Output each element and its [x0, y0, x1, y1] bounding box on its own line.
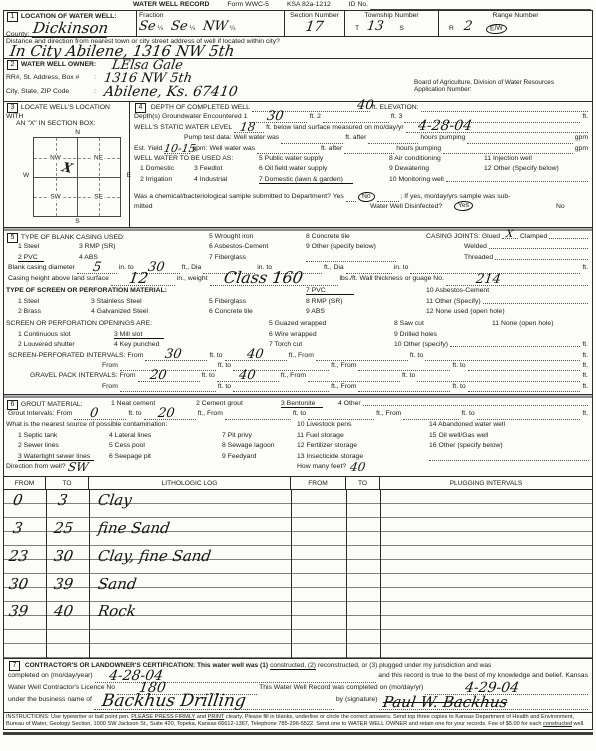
gpi-from2-blank: [308, 380, 400, 382]
contam-15: 15 Oil well/Gas well: [429, 432, 488, 439]
depth-label: DEPTH OF COMPLETED WELL: [151, 104, 250, 111]
gpi2-to-blank: [233, 390, 329, 392]
section2-number: 2: [7, 60, 18, 70]
fraction-2: Se: [170, 19, 189, 34]
use-12: 12 Other (Specify below): [484, 165, 559, 172]
cardinal-e: E: [127, 172, 131, 179]
casing-5: 5 Wrought iron: [209, 233, 253, 240]
cert-constructed-underlined: constructed, (2): [270, 662, 316, 670]
welded-label: Welded: [464, 243, 487, 250]
cert-text-2b: and this record is true to the best of m…: [378, 672, 588, 679]
groundwater-label: Depth(s) Groundwater Encountered: [134, 113, 242, 120]
bcd-ft-end: ft.: [582, 264, 588, 271]
locate-title-2: AN "X" IN SECTION BOX:: [16, 120, 96, 127]
lith-from: 3: [12, 521, 24, 536]
spi-ftto2: ft. to: [410, 352, 423, 359]
lith-from: 23: [8, 549, 29, 564]
casing-height-value: 12: [128, 269, 150, 287]
county-cell: 1LOCATION OF WATER WELL: County: Dickins…: [4, 11, 136, 36]
gi-from3-blank: [403, 418, 459, 420]
screen-3: 3 Stainless Steel: [91, 298, 142, 305]
form-number: Form WWC-5: [227, 1, 269, 8]
cert-completed-blank: 4-28-04: [95, 681, 377, 683]
casing-joints-label: CASING JOINTS: Glued: [426, 233, 500, 240]
pump-test-label: Pump test data:: [184, 134, 232, 141]
yield-www: Well water was: [209, 145, 255, 152]
elevation-label: ELEVATION:: [380, 104, 419, 111]
contam-16: 16 Other (specify below): [429, 442, 503, 449]
screen-title: TYPE OF SCREEN OR PERFORATION MATERIAL:: [6, 287, 167, 294]
gw1-value: 30: [266, 109, 285, 124]
bcd-value: 5: [92, 260, 102, 275]
section-grout: 6GROUT MATERIAL: 1 Neat cement 2 Cement …: [3, 394, 593, 477]
column-divider: [89, 490, 90, 658]
section7-number: 7: [9, 661, 20, 671]
use-11: 11 Injection well: [484, 155, 532, 162]
section-casing: 5TYPE OF BLANK CASING USED: 5 Wrought ir…: [3, 227, 593, 395]
threaded-blank: [495, 258, 588, 260]
col-to-2: TO: [346, 477, 380, 489]
disinfected-no: No: [556, 203, 565, 210]
casing-title: TYPE OF BLANK CASING USED:: [21, 234, 125, 241]
sample-blank-1: [346, 200, 356, 202]
lith-to: 3: [57, 493, 69, 508]
section-owner: 2WATER WELL OWNER: LElsa Gale RR#, St. A…: [3, 58, 593, 102]
yield-gpm-label: gpm: [575, 145, 588, 152]
cert-signature-blank: Paul W. Backhus: [379, 708, 588, 710]
range-label: Range Number: [441, 12, 590, 19]
diagram-dashed-line: [99, 138, 100, 216]
spi2-from-blank: [120, 369, 216, 371]
gpi2-ft-end: ft.: [582, 383, 588, 390]
grout-4-group: 4 Other: [338, 400, 588, 407]
section-well-details: 4 DEPTH OF COMPLETED WELL 40 ft. ELEVATI…: [130, 102, 592, 227]
lith-log: Clay: [97, 493, 133, 508]
column-divider: [380, 490, 381, 658]
screen-10: 10 Asbestos-Cement: [426, 287, 489, 294]
col-plugging-intervals: PLUGGING INTERVALS: [380, 477, 592, 489]
contam-other-blank: [429, 459, 589, 461]
diagram-center-horizontal: [34, 177, 120, 178]
grout-4-blank: [363, 404, 588, 406]
gi-to2-blank: [308, 418, 374, 420]
gpi-from-label: From: [120, 372, 136, 379]
gpi2-ftto2: ft. to: [452, 383, 465, 390]
spi-ftto: ft. to: [209, 352, 222, 359]
section4-number: 4: [135, 103, 146, 113]
section5-number: 5: [7, 233, 18, 243]
screen-5: 5 Fiberglass: [209, 298, 246, 305]
section-certification: 7 CONTRACTOR'S OR LANDOWNER'S CERTIFICAT…: [3, 658, 593, 730]
township-t: T: [355, 25, 359, 32]
opening-3-selected: 3 Mill slot: [114, 331, 164, 339]
owner-city-label: City, State, ZIP Code: [6, 88, 69, 95]
cert-business-value: Backhus Drilling: [100, 691, 247, 711]
gw2-blank: [323, 121, 389, 123]
gpi-from-blank: 20: [138, 380, 200, 382]
range-value: 2: [463, 19, 473, 34]
opening-10: 10 Other (specify): [394, 341, 448, 348]
opening-8: 8 Saw cut: [394, 320, 424, 327]
gi-to-blank: 20: [144, 418, 196, 420]
lithologic-table-body: 0 3 Clay 3 25 fine Sand 23 30 Clay, fine…: [4, 490, 592, 658]
yield-after: ft. after: [321, 145, 342, 152]
screen-7-selected: 7 PVC: [306, 287, 354, 295]
owner-address-label: RR#, St. Address, Box #: [6, 74, 79, 81]
weight-blank: Class 160: [210, 284, 338, 286]
opening-4: 4 Key punched: [114, 341, 159, 348]
cardinal-s: S: [75, 218, 79, 225]
casing-7: 7 Fiberglass: [209, 254, 246, 261]
gi-ftto3: ft. to: [461, 410, 474, 417]
use-4: 4 Industrial: [194, 176, 227, 183]
clamped-label: Clamped: [520, 233, 547, 240]
use-label: WELL WATER TO BE USED AS:: [134, 155, 233, 162]
pump-after: ft. after: [345, 134, 366, 141]
spi-ftfrom: ft., From: [289, 352, 314, 359]
pump-gpm-label: gpm: [575, 134, 588, 141]
contam-12: 12 Fertilizer storage: [297, 442, 357, 449]
contam-2: 2 Sewer lines: [18, 442, 59, 449]
diagram-dashed-line: [34, 197, 120, 198]
gpi2-from-label: From: [102, 383, 118, 390]
col-to-1: TO: [46, 477, 89, 489]
township-s: S: [399, 25, 404, 32]
screen-12: 12 None used (open hole): [426, 308, 505, 315]
section-number-value: 17: [286, 19, 343, 35]
yield-level-blank: [257, 152, 319, 154]
static-level-value: 18: [239, 120, 256, 134]
screen-11-group: 11 Other (Specify): [426, 298, 588, 305]
openings-title: SCREEN OR PERFORATION OPENINGS ARE:: [6, 320, 152, 327]
bcd-to-value: 30: [147, 260, 166, 275]
welded-group: Welded: [464, 243, 588, 250]
owner-city-value: Abilene, Ks. 67410: [103, 84, 239, 100]
lith-from: 39: [8, 604, 29, 619]
casing-6: 6 Asbestos-Cement: [209, 243, 268, 250]
board-text: Board of Agriculture, Division of Water …: [414, 79, 554, 86]
quadrant-se: SE: [92, 193, 105, 200]
contamination-label: What is the nearest source of possible c…: [6, 421, 167, 428]
fraction-cell: Fraction Se ¼ Se ¼ NW ¼: [136, 11, 284, 36]
township-value: 13: [366, 19, 385, 34]
pump-gpm-blank: [467, 142, 572, 144]
wall-label: lbs./ft. Wall thickness or guage No.: [340, 275, 444, 282]
yield-blank: 10-15: [164, 152, 190, 154]
grout-1: 1 Neat cement: [111, 400, 155, 407]
contam-14: 14 Abandoned water well: [429, 421, 505, 428]
gi-ftto: ft. to: [128, 410, 141, 417]
bcd-ftdia2: ft., Dia: [324, 264, 344, 271]
instructions-print: PRINT: [208, 714, 225, 720]
use-1: 1 Domestic: [140, 165, 174, 172]
wall-value: 214: [475, 272, 502, 287]
static-level-mid: ft. below land surface measured on mo/da…: [266, 124, 404, 131]
use-2: 2 Irrigation: [140, 176, 172, 183]
location-row: 1LOCATION OF WATER WELL: County: Dickins…: [4, 11, 592, 36]
contam-9: 9 Feedyard: [222, 453, 256, 460]
use-10-group: 10 Monitoring well: [389, 176, 588, 183]
lithologic-table: FROM TO LITHOLOGIC LOG FROM TO PLUGGING …: [3, 476, 593, 659]
blank-casing-diameter-label: Blank casing diameter: [8, 264, 75, 271]
grout-4: 4 Other: [338, 400, 361, 407]
use-10: 10 Monitoring well: [389, 176, 444, 183]
grout-2: 2 Cement grout: [196, 400, 243, 407]
screen-9: 9 ABS: [306, 308, 325, 315]
col-from-2: FROM: [291, 477, 346, 489]
spi-to2-blank: [425, 359, 580, 361]
contam-13: 13 Insecticide storage: [297, 453, 363, 460]
lith-log: fine Sand: [97, 521, 171, 536]
distance-row: Distance and direction from nearest town…: [4, 36, 592, 58]
quadrant-ne: NE: [92, 154, 105, 161]
use-9: 9 Dewatering: [389, 165, 429, 172]
cert-business-label: under the business name of: [8, 696, 92, 703]
sample-blank-2: [377, 200, 399, 202]
instructions-and: and: [197, 714, 206, 720]
fraction-label: Fraction: [139, 12, 164, 19]
range-r: R: [449, 25, 454, 32]
cert-record-label: This Water Well Record was completed on …: [259, 684, 423, 691]
owner-city-colon: :: [94, 88, 96, 95]
sample-rest: ; If yes, mo/day/yrs sample was sub-: [401, 193, 511, 200]
opening-10-unit: ft.: [582, 341, 588, 348]
yield-hours-blank: [344, 152, 394, 154]
instructions-text-1c: clearly. Please fill in blanks, underlin…: [226, 714, 529, 720]
contam-6: 6 Seepage pit: [109, 453, 151, 460]
dia3-into: in. to: [394, 264, 409, 271]
diagram-dashed-line: [34, 158, 120, 159]
spi-to-value: 40: [246, 347, 265, 362]
spi2-to2-blank: [468, 369, 581, 371]
cert-signature-label: by (signature): [336, 696, 378, 703]
column-divider: [46, 490, 47, 658]
sample-mitted: mitted: [134, 203, 153, 210]
cardinal-n: N: [75, 129, 80, 136]
gpi-label: GRAVEL PACK INTERVALS:: [30, 372, 118, 379]
lith-log: Clay, fine Sand: [97, 549, 212, 564]
owner-left: 2WATER WELL OWNER: LElsa Gale RR#, St. A…: [4, 59, 414, 101]
section-3-4-row: 3LOCATE WELL'S LOCATION WITH AN "X" IN S…: [3, 101, 593, 228]
lith-log: Sand: [97, 577, 138, 592]
pump-hours-label: hours pumping: [420, 134, 465, 141]
bcd-ftdia1: ft., Dia: [182, 264, 202, 271]
gw2-unit: ft.: [391, 113, 397, 120]
yield-value: 10-15: [163, 142, 197, 155]
disinfected-label: Water Well Disinfected?: [370, 203, 442, 210]
lith-from: 0: [12, 493, 24, 508]
spi-label: SCREEN-PERFORATED INTERVALS:: [8, 352, 125, 359]
spi2-ftto: ft. to: [218, 362, 231, 369]
gw3-label: 3: [399, 113, 403, 120]
gpi-ftfrom: ft., From: [281, 372, 306, 379]
gi-ftto2: ft. to: [293, 410, 306, 417]
gi-from2-blank: [225, 418, 291, 420]
gpi-to-blank: 40: [217, 380, 279, 382]
fraction-1: Se: [138, 19, 157, 34]
gi-from-label: From: [56, 410, 72, 417]
instructions-constructed: constructed: [543, 721, 572, 727]
bottom-rule: [3, 732, 593, 735]
spi-from-blank: 30: [145, 359, 207, 361]
cert-signature-value: Paul W. Backhus: [382, 693, 509, 711]
disinfected-yes-circled: Yes: [454, 200, 474, 211]
elevation-blank: [421, 110, 588, 112]
spi2-ft-end: ft.: [582, 362, 588, 369]
column-divider: [291, 490, 292, 658]
casing-2-selected: 2 PVC: [18, 254, 44, 262]
quarter-3: ¼: [230, 25, 236, 32]
gw1-unit: ft.: [309, 113, 315, 120]
section-number-cell: Section Number 17: [284, 11, 344, 36]
owner-title: WATER WELL OWNER:: [21, 61, 96, 68]
casing-3: 3 RMP (SR): [79, 243, 116, 250]
feet-value: 40: [349, 460, 366, 474]
section-number-label: Section Number: [287, 12, 342, 19]
yield-gpm-blank: [443, 152, 573, 154]
gpi2-ftto: ft. to: [218, 383, 231, 390]
instructions-press-firmly: PLEASE PRESS FIRMLY: [131, 714, 195, 720]
threaded-label: Threaded: [464, 254, 493, 261]
gi-from-value: 0: [89, 406, 99, 421]
lithologic-table-header: FROM TO LITHOLOGIC LOG FROM TO PLUGGING …: [4, 477, 592, 490]
quarter-1: ¼: [158, 25, 164, 32]
instructions-block: INSTRUCTIONS: Use typewriter or ball poi…: [4, 712, 592, 729]
gpi-to-value: 40: [238, 368, 257, 383]
lith-to: 25: [53, 521, 74, 536]
casing-height-label: Casing height above land surface: [8, 275, 109, 282]
static-level-label: WELL'S STATIC WATER LEVEL: [134, 124, 232, 131]
contam-8: 8 Sewage lagoon: [222, 442, 275, 449]
cert-licence-label: Water Well Contractor's Licence No: [8, 684, 115, 691]
gi-ft-end: ft.: [582, 410, 588, 417]
owner-address-colon: :: [94, 74, 96, 81]
instructions-text-3a: records. Fee of $5.00 for each: [467, 721, 542, 727]
casing-height-blank: 12: [111, 284, 175, 286]
casing-joints-group: CASING JOINTS: Glued X Clamped: [426, 233, 588, 240]
form-title: WATER WELL RECORD: [133, 1, 209, 8]
pump-level-blank: [281, 142, 343, 144]
direction-label: Direction from well?: [6, 463, 66, 470]
quadrant-sw: SW: [48, 193, 62, 200]
owner-right: Board of Agriculture, Division of Water …: [414, 59, 592, 101]
screen-2: 2 Brass: [18, 308, 41, 315]
cert-completed-label: completed on (mo/day/year): [8, 672, 93, 679]
direction-value: SW: [67, 460, 90, 474]
sample-answer-circled: No: [357, 192, 374, 203]
range-ew-circled: E/W: [486, 23, 507, 34]
clamped-blank: [549, 237, 588, 239]
spi-from-value: 30: [164, 347, 183, 362]
casing-8: 8 Concrete tile: [306, 233, 350, 240]
opening-11: 11 None (open hole): [492, 320, 553, 327]
casing-1: 1 Steel: [18, 243, 39, 250]
gi-to-value: 20: [157, 406, 176, 421]
use-8: 8 Air conditioning: [389, 155, 441, 162]
gw1-blank: 30: [249, 121, 307, 123]
section-location: 1LOCATION OF WATER WELL: County: Dickins…: [3, 10, 593, 59]
spi2-from2-blank: [358, 369, 450, 371]
form-id-label: ID No.: [349, 1, 368, 8]
pump-www: Well water was: [234, 134, 280, 141]
grout-title: GROUT MATERIAL:: [21, 401, 83, 408]
wall-blank: 214: [446, 284, 588, 286]
screen-11: 11 Other (Specify): [426, 298, 481, 305]
contam-1: 1 Septic tank: [18, 432, 57, 439]
column-divider: [346, 490, 347, 658]
use-7-selected: 7 Domestic (lawn & garden): [259, 176, 353, 184]
screen-6: 6 Concrete tile: [209, 308, 253, 315]
weight-label: in., weight: [177, 275, 208, 282]
feet-label: How many feet?: [297, 463, 346, 470]
dia3-blank: [346, 272, 392, 274]
cardinal-w: W: [23, 172, 29, 179]
locate-title-1: LOCATE WELL'S LOCATION WITH: [6, 104, 110, 120]
lith-to: 40: [53, 604, 74, 619]
bcd-blank: 5: [77, 272, 117, 274]
gpi-from-value: 20: [148, 368, 167, 383]
welded-blank: [489, 247, 588, 249]
spi2-from-label: From: [102, 362, 118, 369]
quarter-2: ¼: [190, 25, 196, 32]
spi-from-label: From: [127, 352, 143, 359]
gi-from-blank: 0: [74, 418, 126, 420]
township-label: Township Number: [347, 12, 436, 19]
screen-1: 1 Steel: [18, 298, 39, 305]
gpi2-from-blank: [120, 390, 216, 392]
fraction-3: NW: [202, 19, 229, 34]
grout-intervals-label: Grout Intervals:: [8, 410, 54, 417]
contam-5: 5 Cess pool: [109, 442, 145, 449]
opening-2: 2 Louvered shutter: [18, 341, 75, 348]
sample-question: Was a chemical/bacteriological sample su…: [134, 193, 344, 200]
opening-9: 9 Drilled holes: [394, 331, 437, 338]
glued-blank: X: [502, 237, 518, 239]
section-diagram: NW NE SW SE N S W E X: [33, 137, 121, 217]
casing-other-blank: [306, 260, 396, 262]
glued-x-mark: X: [505, 229, 514, 240]
use-6: 6 Oil field water supply: [259, 165, 327, 172]
spi-to-blank: 40: [225, 359, 287, 361]
contam-10: 10 Livestock pens: [297, 421, 351, 428]
opening-10-blank: [450, 345, 580, 347]
gi-to3-blank: [477, 418, 581, 420]
col-lithologic-log: LITHOLOGIC LOG: [89, 477, 291, 489]
section-locate-box: 3LOCATE WELL'S LOCATION WITH AN "X" IN S…: [4, 102, 130, 227]
casing-9: 9 Other (specify below): [306, 243, 376, 250]
col-from-1: FROM: [4, 477, 46, 489]
opening-1: 1 Continuous slot: [18, 331, 71, 338]
use-3: 3 Feedlot: [194, 165, 222, 172]
instructions-text: INSTRUCTIONS: Use typewriter or ball poi…: [6, 714, 130, 720]
quadrant-nw: NW: [48, 154, 63, 161]
screen-4: 4 Galvanized Steel: [91, 308, 148, 315]
lith-to: 39: [53, 577, 74, 592]
gpi-ft-end: ft.: [582, 372, 588, 379]
application-number-label: Application Number:: [414, 86, 472, 93]
grout-3-selected: 3 Bentonite: [281, 400, 323, 408]
section3-number: 3: [7, 103, 18, 113]
contam-7: 7 Pit privy: [222, 432, 252, 439]
spi-from2-blank: [316, 359, 408, 361]
well-location-x-mark: X: [60, 161, 75, 177]
form-ksa-number: KSA 82a-1212: [287, 1, 331, 8]
spi-ft-end: ft.: [582, 352, 588, 359]
threaded-group: Threaded: [464, 254, 588, 261]
weight-value: Class 160: [222, 268, 304, 287]
gpi2-to2-blank: [468, 390, 581, 392]
screen-8: 8 RMP (SR): [306, 298, 343, 305]
